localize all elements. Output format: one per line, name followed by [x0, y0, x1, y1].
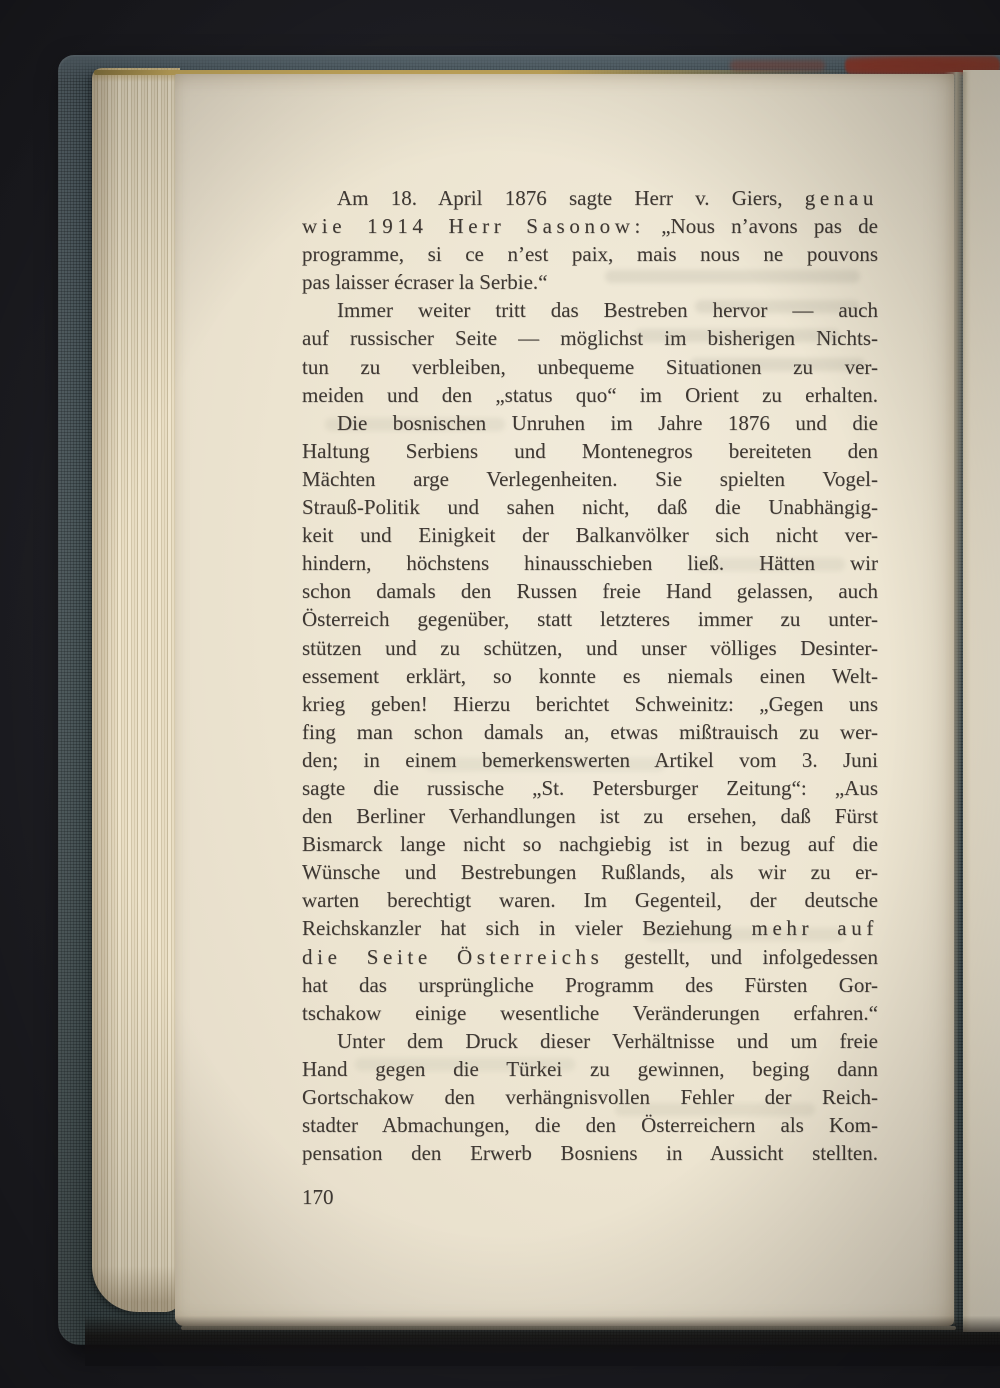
- text-line: Bismarck lange nicht so nachgiebig ist i…: [302, 830, 878, 858]
- text-line: Mächten arge Verlegenheiten. Sie spielte…: [302, 465, 878, 493]
- text-line: auf russischer Seite — möglichst im bish…: [302, 324, 878, 352]
- text-line: krieg geben! Hierzu berichtet Schweinitz…: [302, 690, 878, 718]
- text-line: Österreich gegenüber, statt letzteres im…: [302, 605, 878, 633]
- photo-backdrop: Am 18. April 1876 sagte Herr v. Giers, g…: [0, 0, 1000, 1388]
- text-line: wie 1914 Herr Sasonow: „Nous n’avons pas…: [302, 212, 878, 240]
- text-line: Wünsche und Bestrebungen Rußlands, als w…: [302, 858, 878, 886]
- text-line: den Berliner Verhandlungen ist zu ersehe…: [302, 802, 878, 830]
- text-line: keit und Einigkeit der Balkanvölker sich…: [302, 521, 878, 549]
- page-fore-edge: [92, 68, 180, 1312]
- facing-page-edge: [963, 70, 1000, 1332]
- text-line: warten berechtigt waren. Im Gegenteil, d…: [302, 886, 878, 914]
- text-line: pensation den Erwerb Bosniens in Aussich…: [302, 1139, 878, 1167]
- text-line: essement erklärt, so konnte es niemals e…: [302, 662, 878, 690]
- text-line: fing man schon damals an, etwas mißtraui…: [302, 718, 878, 746]
- text-line: Hand gegen die Türkei zu gewinnen, begin…: [302, 1055, 878, 1083]
- text-line: Haltung Serbiens und Montenegros bereite…: [302, 437, 878, 465]
- text-line: Immer weiter tritt das Bestreben hervor …: [302, 296, 878, 324]
- text-line: schon damals den Russen freie Hand gelas…: [302, 577, 878, 605]
- text-line: die Seite Österreichs gestellt, und info…: [302, 943, 878, 971]
- text-line: Gortschakow den verhängnisvollen Fehler …: [302, 1083, 878, 1111]
- text-line: Unter dem Druck dieser Verhältnisse und …: [302, 1027, 878, 1055]
- text-line: Reichskanzler hat sich in vieler Beziehu…: [302, 914, 878, 942]
- text-line: meiden und den „status quo“ im Orient zu…: [302, 381, 878, 409]
- page-text: Am 18. April 1876 sagte Herr v. Giers, g…: [302, 184, 878, 1167]
- text-line: Strauß-Politik und sahen nicht, daß die …: [302, 493, 878, 521]
- text-line: stützen und zu schützen, und unser völli…: [302, 634, 878, 662]
- text-line: stadter Abmachungen, die den Österreiche…: [302, 1111, 878, 1139]
- headband-fray: [730, 60, 825, 71]
- text-line: sagte die russische „St. Petersburger Ze…: [302, 774, 878, 802]
- text-line: tschakow einige wesentliche Veränderunge…: [302, 999, 878, 1027]
- text-line: programme, si ce n’est paix, mais nous n…: [302, 240, 878, 268]
- page-number: 170: [302, 1185, 334, 1210]
- book-page: Am 18. April 1876 sagte Herr v. Giers, g…: [175, 74, 954, 1326]
- text-line: pas laisser écraser la Serbie.“: [302, 268, 878, 296]
- text-line: Am 18. April 1876 sagte Herr v. Giers, g…: [302, 184, 878, 212]
- text-line: den; in einem bemerkenswerten Artikel vo…: [302, 746, 878, 774]
- text-line: tun zu verbleiben, unbequeme Situationen…: [302, 353, 878, 381]
- text-line: hindern, höchstens hinausschieben ließ. …: [302, 549, 878, 577]
- text-line: hat das ursprüngliche Programm des Fürst…: [302, 971, 878, 999]
- text-line: Die bosnischen Unruhen im Jahre 1876 und…: [302, 409, 878, 437]
